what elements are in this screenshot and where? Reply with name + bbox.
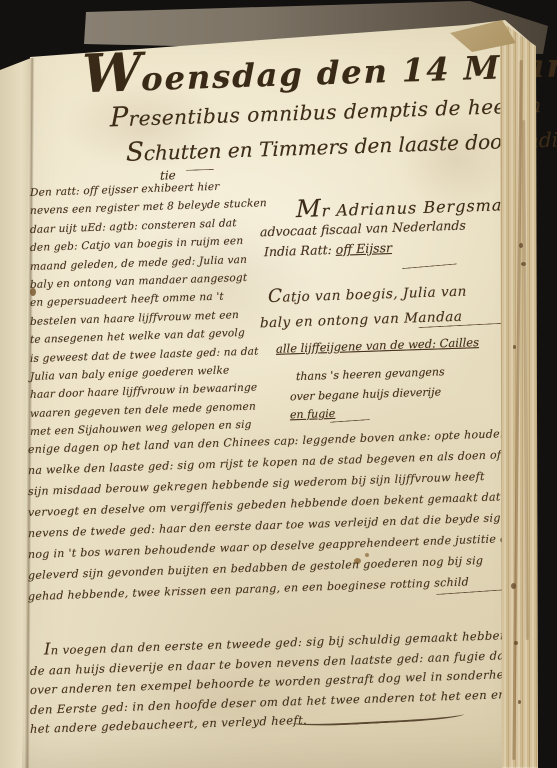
custody-note-line-1: thans 's heeren gevangens <box>296 365 445 383</box>
fore-edge-mark <box>511 583 516 589</box>
prosecutor-capacity-line: India Ratt: off Eijssr <box>264 240 392 259</box>
verdict-text-block: In voegen dan den eerste en tweede ged: … <box>30 624 516 740</box>
fore-edge-mark <box>514 641 518 645</box>
flourish-dash <box>186 169 214 171</box>
left-text-column: Den ratt: off eijsser exhibeert hier nev… <box>30 176 268 442</box>
photo-frame: Woensdag den 14 Maart 1736 Presentibus o… <box>0 0 557 768</box>
custody-note-line-2: over begane huijs dieverije <box>290 385 441 403</box>
fore-edge-mark <box>518 700 521 704</box>
prosecutor-name: Mr Adrianus Bergsma <box>296 188 502 223</box>
prosecutor-title-line: advocaat fiscaal van Nederlands <box>260 218 466 240</box>
custody-note-line-3: en fugie <box>290 407 335 422</box>
body-text-block: enige dagen op het land van den Chinees … <box>28 422 532 607</box>
flourish-dash <box>402 263 457 269</box>
fore-edge-mark <box>519 243 523 248</box>
defendant-owner-line: alle lijffeijgene van de wed: Cailles <box>276 335 479 356</box>
ink-layer: Woensdag den 14 Maart 1736 Presentibus o… <box>0 0 557 768</box>
flourish-dash <box>330 419 370 423</box>
fore-edge-mark <box>513 345 516 349</box>
defendant-names-line-2: baly en ontong van Mandaa <box>260 309 462 332</box>
prosecutor-capacity-plain: India Ratt: <box>264 242 336 259</box>
defendant-names-line-1: Catjo van boegis, Julia van <box>268 280 467 308</box>
fore-edge-mark <box>521 262 526 266</box>
prosecutor-capacity-underlined: off Eijssr <box>336 240 392 257</box>
